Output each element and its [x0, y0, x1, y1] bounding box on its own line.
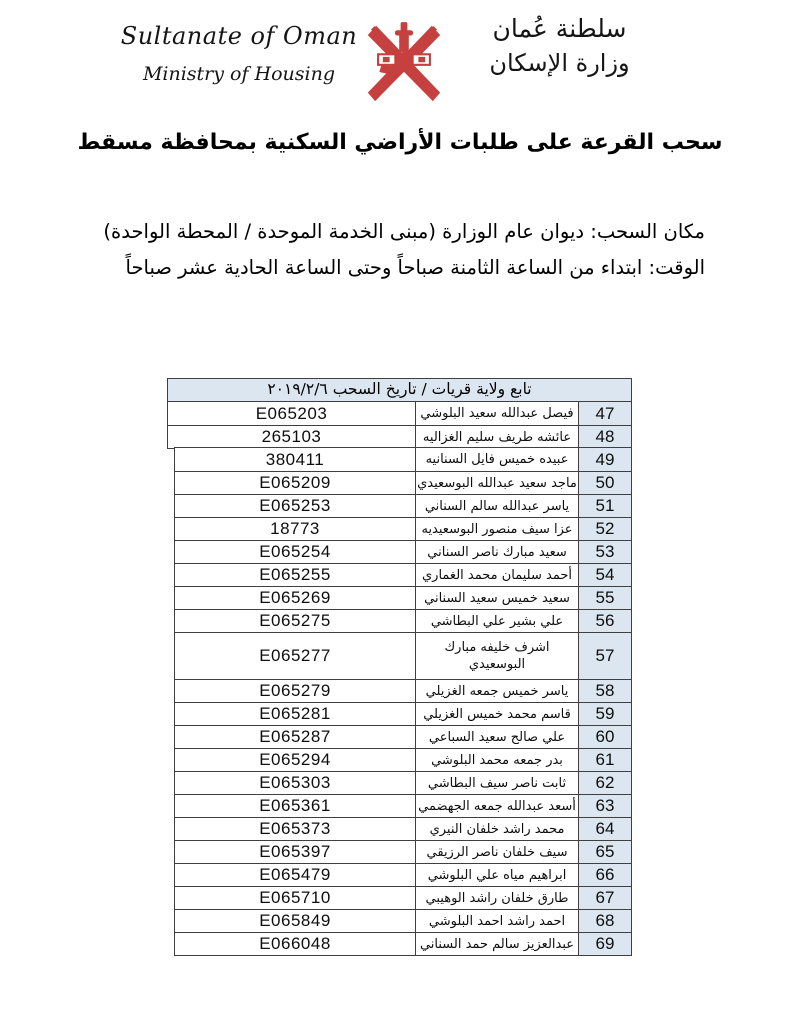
- org-english-line2: Ministry of Housing: [108, 63, 370, 85]
- serial-number-cell: 56: [579, 610, 631, 632]
- serial-number-cell: 50: [579, 472, 631, 494]
- serial-number-cell: 69: [579, 933, 631, 955]
- lottery-table-segment-2: 380411 عبيده خميس فايل السنانيه 49 E0652…: [174, 447, 632, 956]
- application-id-cell: E065203: [168, 402, 415, 425]
- application-id-cell: E065281: [175, 703, 415, 725]
- applicant-name-cell: عبدالعزيز سالم حمد السناني: [415, 933, 579, 955]
- application-id-cell: E065275: [175, 610, 415, 632]
- applicant-name-cell: أسعد عبدالله جمعه الجهضمي: [415, 795, 579, 817]
- application-id-cell: E065253: [175, 495, 415, 517]
- serial-number-cell: 48: [579, 426, 631, 448]
- serial-number-cell: 54: [579, 564, 631, 586]
- table-row: E065294 بدر جمعه محمد البلوشي 61: [175, 748, 631, 771]
- serial-number-cell: 66: [579, 864, 631, 886]
- serial-number-cell: 68: [579, 910, 631, 932]
- applicant-name-cell: طارق خلفان راشد الوهيبي: [415, 887, 579, 909]
- document-title: سحب القرعة على طلبات الأراضي السكنية بمح…: [0, 130, 800, 155]
- serial-number-cell: 49: [579, 448, 631, 471]
- table-row: E065479 ابراهيم مياه علي البلوشي 66: [175, 863, 631, 886]
- application-id-cell: E065269: [175, 587, 415, 609]
- draw-location-line: مكان السحب: ديوان عام الوزارة (مبنى الخد…: [85, 214, 705, 250]
- table-row: E065253 ياسر عبدالله سالم السناني 51: [175, 494, 631, 517]
- application-id-cell: E065254: [175, 541, 415, 563]
- application-id-cell: E065279: [175, 680, 415, 702]
- applicant-name-cell: عبيده خميس فايل السنانيه: [415, 448, 579, 471]
- applicant-name-cell: سعيد خميس سعيد السناني: [415, 587, 579, 609]
- table-rows-49-69: 380411 عبيده خميس فايل السنانيه 49 E0652…: [175, 448, 631, 955]
- table-row: E065710 طارق خلفان راشد الوهيبي 67: [175, 886, 631, 909]
- application-id-cell: 265103: [168, 426, 415, 448]
- applicant-name-cell: محمد راشد خلفان النيري: [415, 818, 579, 840]
- applicant-name-cell: عزا سيف منصور البوسعيديه: [415, 518, 579, 540]
- serial-number-cell: 64: [579, 818, 631, 840]
- applicant-name-cell: ماجد سعيد عبدالله البوسعيدي: [415, 472, 579, 494]
- ministry-name-english: Sultanate of Oman Ministry of Housing: [108, 22, 370, 85]
- application-id-cell: E065209: [175, 472, 415, 494]
- org-arabic-line2: وزارة الإسكان: [452, 49, 667, 77]
- org-arabic-line1: سلطنة عُمان: [452, 14, 667, 43]
- application-id-cell: E065255: [175, 564, 415, 586]
- serial-number-cell: 63: [579, 795, 631, 817]
- applicant-name-cell: سعيد مبارك ناصر السناني: [415, 541, 579, 563]
- table-row: E065849 احمد راشد احمد البلوشي 68: [175, 909, 631, 932]
- table-row: E065255 أحمد سليمان محمد الغماري 54: [175, 563, 631, 586]
- serial-number-cell: 58: [579, 680, 631, 702]
- table-title-row: تابع ولاية قريات / تاريخ السحب ٢٠١٩/٢/٦: [168, 379, 631, 402]
- application-id-cell: 380411: [175, 448, 415, 471]
- table-row: E065287 علي صالح سعيد السباعي 60: [175, 725, 631, 748]
- table-row: E065397 سيف خلفان ناصر الرزيقي 65: [175, 840, 631, 863]
- table-rows-47-48: E065203 فيصل عبدالله سعيد البلوشي 47 265…: [168, 402, 631, 448]
- serial-number-cell: 61: [579, 749, 631, 771]
- table-row: E065209 ماجد سعيد عبدالله البوسعيدي 50: [175, 471, 631, 494]
- table-row: E065275 علي بشير علي البطاشي 56: [175, 609, 631, 632]
- applicant-name-cell: احمد راشد احمد البلوشي: [415, 910, 579, 932]
- table-row: 265103 عائشه طريف سليم الغزاليه 48: [168, 425, 631, 448]
- draw-info: مكان السحب: ديوان عام الوزارة (مبنى الخد…: [85, 214, 705, 286]
- applicant-name-cell: علي بشير علي البطاشي: [415, 610, 579, 632]
- table-row: E065269 سعيد خميس سعيد السناني 55: [175, 586, 631, 609]
- serial-number-cell: 60: [579, 726, 631, 748]
- application-id-cell: E065294: [175, 749, 415, 771]
- application-id-cell: E066048: [175, 933, 415, 955]
- serial-number-cell: 62: [579, 772, 631, 794]
- application-id-cell: E065397: [175, 841, 415, 863]
- table-row: E065281 قاسم محمد خميس الغزيلي 59: [175, 702, 631, 725]
- serial-number-cell: 53: [579, 541, 631, 563]
- applicant-name-cell: ياسر عبدالله سالم السناني: [415, 495, 579, 517]
- application-id-cell: E065303: [175, 772, 415, 794]
- application-id-cell: E065849: [175, 910, 415, 932]
- applicant-name-cell: ثابت ناصر سيف البطاشي: [415, 772, 579, 794]
- lottery-table-segment-1: تابع ولاية قريات / تاريخ السحب ٢٠١٩/٢/٦ …: [167, 378, 632, 449]
- table-row: E065254 سعيد مبارك ناصر السناني 53: [175, 540, 631, 563]
- table-row: E065279 ياسر خميس جمعه الغزيلي 58: [175, 679, 631, 702]
- table-row: E066048 عبدالعزيز سالم حمد السناني 69: [175, 932, 631, 955]
- table-row: E065277 اشرف خليفه مبارك البوسعيدي 57: [175, 632, 631, 679]
- applicant-name-cell: قاسم محمد خميس الغزيلي: [415, 703, 579, 725]
- applicant-name-cell: سيف خلفان ناصر الرزيقي: [415, 841, 579, 863]
- ministry-name-arabic: سلطنة عُمان وزارة الإسكان: [452, 14, 667, 77]
- table-row: E065303 ثابت ناصر سيف البطاشي 62: [175, 771, 631, 794]
- serial-number-cell: 65: [579, 841, 631, 863]
- application-id-cell: E065710: [175, 887, 415, 909]
- serial-number-cell: 51: [579, 495, 631, 517]
- application-id-cell: 18773: [175, 518, 415, 540]
- applicant-name-cell: بدر جمعه محمد البلوشي: [415, 749, 579, 771]
- org-english-line1: Sultanate of Oman: [108, 22, 370, 50]
- applicant-name-cell: عائشه طريف سليم الغزاليه: [415, 426, 579, 448]
- serial-number-cell: 57: [579, 633, 631, 679]
- applicant-name-cell: علي صالح سعيد السباعي: [415, 726, 579, 748]
- table-row: E065361 أسعد عبدالله جمعه الجهضمي 63: [175, 794, 631, 817]
- applicant-name-cell: أحمد سليمان محمد الغماري: [415, 564, 579, 586]
- applicant-name-cell: فيصل عبدالله سعيد البلوشي: [415, 402, 579, 425]
- application-id-cell: E065479: [175, 864, 415, 886]
- serial-number-cell: 47: [579, 402, 631, 425]
- document-page: { "letterhead": { "org_en_line1": "Sulta…: [0, 0, 800, 1023]
- table-row: E065373 محمد راشد خلفان النيري 64: [175, 817, 631, 840]
- application-id-cell: E065361: [175, 795, 415, 817]
- table-row: 380411 عبيده خميس فايل السنانيه 49: [175, 448, 631, 471]
- applicant-name-cell: ياسر خميس جمعه الغزيلي: [415, 680, 579, 702]
- applicant-name-cell: ابراهيم مياه علي البلوشي: [415, 864, 579, 886]
- table-row: E065203 فيصل عبدالله سعيد البلوشي 47: [168, 402, 631, 425]
- oman-national-emblem-icon: [356, 12, 452, 110]
- serial-number-cell: 59: [579, 703, 631, 725]
- serial-number-cell: 67: [579, 887, 631, 909]
- application-id-cell: E065287: [175, 726, 415, 748]
- table-row: 18773 عزا سيف منصور البوسعيديه 52: [175, 517, 631, 540]
- applicant-name-cell: اشرف خليفه مبارك البوسعيدي: [415, 633, 579, 679]
- serial-number-cell: 55: [579, 587, 631, 609]
- application-id-cell: E065277: [175, 633, 415, 679]
- application-id-cell: E065373: [175, 818, 415, 840]
- serial-number-cell: 52: [579, 518, 631, 540]
- draw-time-line: الوقت: ابتداء من الساعة الثامنة صباحاً و…: [85, 250, 705, 286]
